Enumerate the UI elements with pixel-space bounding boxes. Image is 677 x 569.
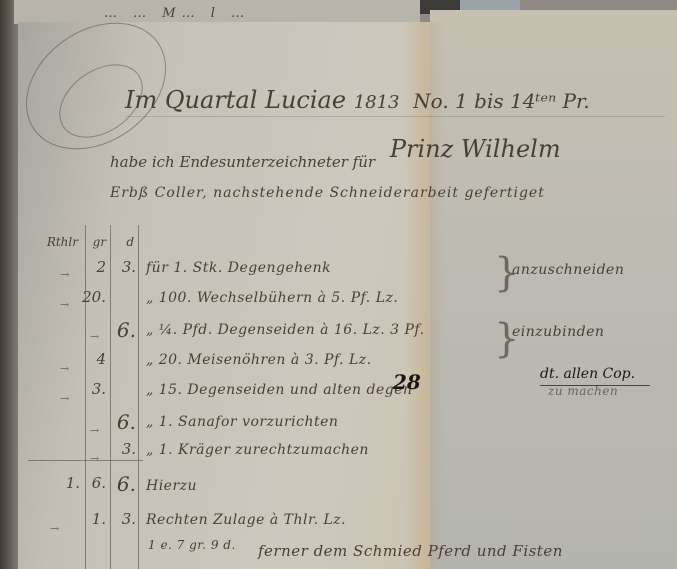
row-arrow: → [50, 522, 59, 535]
extra-note: 1 e. 7 gr. 9 d. [148, 538, 236, 552]
brace-note-3: zu machen [548, 384, 618, 398]
row-d: 3. [114, 440, 136, 458]
ledger-rule-2 [110, 225, 111, 569]
ledger-total-rule [28, 460, 143, 461]
row-desc: für 1. Stk. Degengehenk [146, 260, 331, 276]
header-name: Prinz Wilhelm [390, 135, 561, 163]
col-header-gr: gr [88, 235, 106, 249]
col-header-d: d [116, 235, 134, 249]
row-gr: 3. [86, 380, 106, 398]
extra-gr: 1. [86, 510, 106, 528]
row-desc: „ 15. Degenseiden und alten degen [146, 382, 413, 398]
row-gr: 2 [86, 258, 106, 276]
header-line-3: Erbß Coller, nachstehende Schneiderarbei… [110, 185, 545, 201]
subtotal-desc: Hierzu [146, 478, 197, 494]
row-arrow: → [60, 392, 69, 405]
footer-line: ferner dem Schmied Pferd und Fisten [258, 542, 563, 560]
row-arrow: → [90, 452, 99, 465]
row-arrow: → [60, 268, 69, 281]
margin-note: dt. allen Cop. [540, 366, 635, 382]
subtotal-gr: 6. [86, 474, 106, 492]
row-desc: „ 100. Wechselbühern à 5. Pf. Lz. [146, 290, 398, 306]
margin-note-underline [540, 385, 650, 386]
inserted-number: 28 [393, 370, 421, 394]
back-sheet-text: … … M… l … [104, 6, 250, 21]
row-d: 6. [114, 410, 136, 434]
brace-note-1: anzuschneiden [512, 262, 624, 278]
row-arrow: → [90, 424, 99, 437]
brace-note-2: einzubinden [512, 324, 604, 340]
row-desc: „ 1. Sanafor vorzurichten [146, 414, 338, 430]
subtotal-d: 6. [114, 472, 136, 496]
document-photo: … … M… l … Im Quartal Luciae 1813 No. 1 … [0, 0, 677, 569]
row-d: 6. [114, 318, 136, 342]
row-arrow: → [90, 330, 99, 343]
row-arrow: → [60, 298, 69, 311]
subtotal-rthlr: 1. [58, 474, 80, 492]
header-line-1: Im Quartal Luciae 1813 No. 1 bis 14ᵗᵉⁿ P… [125, 86, 590, 114]
extra-desc: Rechten Zulage à Thlr. Lz. [146, 512, 346, 528]
header-intro: Im Quartal Luciae [125, 86, 346, 114]
header-underline [125, 116, 665, 117]
header-text: habe ich Endesunterzeichneter für [110, 153, 375, 171]
back-sheet: … … M… l … [14, 0, 420, 24]
row-gr: 4 [86, 350, 106, 368]
row-d: 3. [114, 258, 136, 276]
row-gr: 20. [80, 288, 106, 306]
header-number: No. 1 bis 14ᵗᵉⁿ Pr. [413, 89, 590, 113]
header-year: 1813 [354, 92, 400, 113]
col-header-rthlr: Rthlr [38, 235, 78, 249]
row-arrow: → [60, 362, 69, 375]
row-desc: „ 20. Meisenöhren à 3. Pf. Lz. [146, 352, 372, 368]
row-desc: „ 1. Kräger zurechtzumachen [146, 442, 369, 458]
ledger-rule-3 [138, 225, 139, 569]
header-line-2: habe ich Endesunterzeichneter für Prinz … [110, 145, 561, 173]
extra-d: 3. [114, 510, 136, 528]
row-desc: „ ¼. Pfd. Degenseiden à 16. Lz. 3 Pf. [146, 322, 425, 338]
